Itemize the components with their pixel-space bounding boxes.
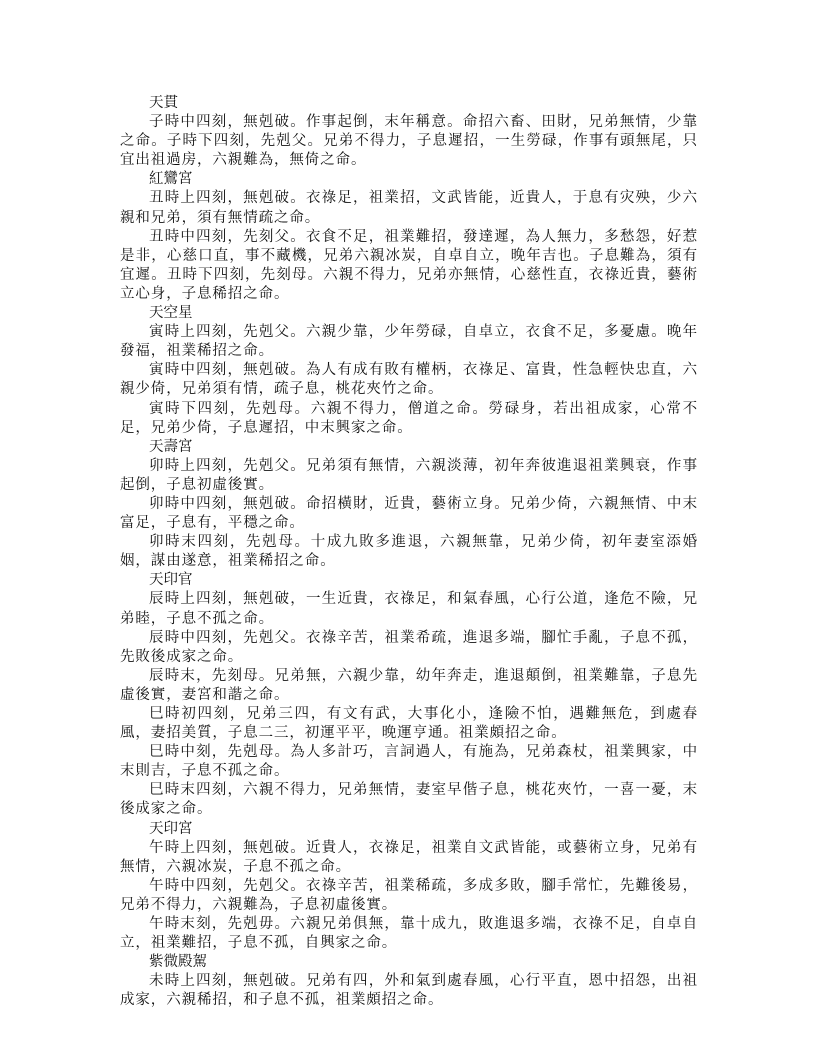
document-page: 天貫 子時中四刻，無剋破。作事起倒，末年稱意。命招六畜、田財，兄弟無情，少靠之命… xyxy=(120,94,698,1011)
section-hongluan-gong: 紅鸞宮 丑時上四刻，無剋破。衣祿足，祖業招，文武皆能，近貴人，于息有灾殃，少六親… xyxy=(120,170,698,304)
paragraph: 寅時上四刻，先剋父。六親少靠，少年勞碌，自卓立，衣食不足，多憂慮。晚年發福，祖業… xyxy=(120,323,698,361)
paragraph: 午時上四刻，無剋破。近貴人，衣祿足，祖業自文武皆能，或藝術立身，兄弟有無情，六親… xyxy=(120,839,698,877)
paragraph: 未時上四刻，無剋破。兄弟有四，外和氣到處春風，心行平直，恩中招怨，出祖成家，六親… xyxy=(120,972,698,1010)
section-title: 天空星 xyxy=(120,304,698,323)
paragraph: 午時末刻，先剋毋。六親兄弟俱無，靠十成九，敗進退多端，衣祿不足，自卓自立，祖業難… xyxy=(120,915,698,953)
paragraph: 子時中四刻，無剋破。作事起倒，末年稱意。命招六畜、田財，兄弟無情，少靠之命。子時… xyxy=(120,113,698,170)
section-tiankong-xing: 天空星 寅時上四刻，先剋父。六親少靠，少年勞碌，自卓立，衣食不足，多憂慮。晚年發… xyxy=(120,304,698,438)
paragraph: 丑時上四刻，無剋破。衣祿足，祖業招，文武皆能，近貴人，于息有灾殃，少六親和兄弟，… xyxy=(120,189,698,227)
paragraph: 卯時末四刻，先剋母。十成九敗多進退，六親無靠，兄弟少倚，初年妻室添婚姻，謀由遂意… xyxy=(120,533,698,571)
paragraph: 巳時中刻，先剋母。為人多計巧，言詞過人，有施為，兄弟森杖，祖業興家，中末則吉，子… xyxy=(120,743,698,781)
paragraph: 卯時中四刻，無剋破。命招橫財，近貴，藝術立身。兄弟少倚，六親無情、中末富足，子息… xyxy=(120,495,698,533)
section-tianguan: 天貫 子時中四刻，無剋破。作事起倒，末年稱意。命招六畜、田財，兄弟無情，少靠之命… xyxy=(120,94,698,170)
section-title: 紫微殿駕 xyxy=(120,953,698,972)
section-title: 天壽宮 xyxy=(120,438,698,457)
section-title: 紅鸞宮 xyxy=(120,170,698,189)
paragraph: 辰時中四刻，先剋父。衣祿辛苦，祖業希疏，進退多端，腳忙手亂，子息不孤，先敗後成家… xyxy=(120,629,698,667)
paragraph: 巳時初四刻，兄弟三四，有文有武，大事化小，逢險不怕，遇難無危，到處春風，妻招美質… xyxy=(120,705,698,743)
paragraph: 午時中四刻，先剋父。衣祿辛苦，祖業稀疏，多成多敗，腳手常忙，先難後易，兄弟不得力… xyxy=(120,877,698,915)
section-ziwei-dianjia: 紫微殿駕 未時上四刻，無剋破。兄弟有四，外和氣到處春風，心行平直，恩中招怨，出祖… xyxy=(120,953,698,1010)
paragraph: 巳時末四刻，六親不得力，兄弟無情，妻室早偕子息，桃花夾竹，一喜一憂，末後成家之命… xyxy=(120,781,698,819)
section-tianyin-gong: 天印宮 午時上四刻，無剋破。近貴人，衣祿足，祖業自文武皆能，或藝術立身，兄弟有無… xyxy=(120,820,698,954)
paragraph: 寅時中四刻，無剋破。為人有成有敗有權柄，衣祿足、富貴，性急輕快忠直，六親少倚，兄… xyxy=(120,361,698,399)
section-tianshou-gong: 天壽宮 卯時上四刻，先剋父。兄弟須有無情，六親淡薄，初年奔彼進退祖業興衰，作事起… xyxy=(120,438,698,572)
paragraph: 辰時末，先刻母。兄弟無，六親少靠，幼年奔走，進退顛倒，祖業難靠，子息先虛後實，妻… xyxy=(120,667,698,705)
section-title: 天印官 xyxy=(120,571,698,590)
paragraph: 寅時下四刻，先剋母。六親不得力，僧道之命。勞碌身，若出祖成家，心常不足，兄弟少倚… xyxy=(120,400,698,438)
section-title: 天印宮 xyxy=(120,820,698,839)
paragraph: 辰時上四刻，無剋破，一生近貴，衣祿足，和氣春風，心行公道，逢危不險，兄弟睦，子息… xyxy=(120,590,698,628)
paragraph: 卯時上四刻，先剋父。兄弟須有無情，六親淡薄，初年奔彼進退祖業興衰，作事起倒，子息… xyxy=(120,457,698,495)
paragraph: 丑時中四刻，先刻父。衣食不足，祖業難招，發達遲，為人無力，多愁怨，好惹是非，心慈… xyxy=(120,228,698,304)
section-tianyin-guan: 天印官 辰時上四刻，無剋破，一生近貴，衣祿足，和氣春風，心行公道，逢危不險，兄弟… xyxy=(120,571,698,819)
section-title: 天貫 xyxy=(120,94,698,113)
